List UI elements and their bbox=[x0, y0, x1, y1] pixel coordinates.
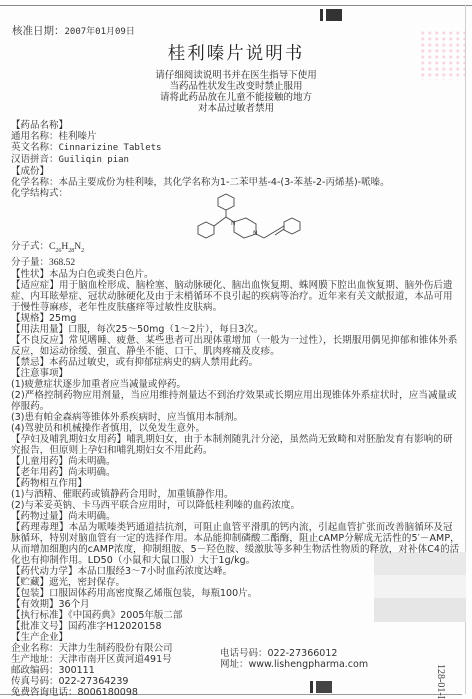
section-appearance: 【性状】本品为白色或类白色片。 bbox=[11, 269, 461, 280]
english-name-value: Cinnarizine Tablets bbox=[59, 143, 162, 153]
document-body: 【药品名称】 通用名称：桂利嗪片 英文名称：Cinnarizine Tablet… bbox=[11, 120, 461, 698]
section-storage: 【贮藏】遮光，密封保存。 bbox=[11, 577, 461, 588]
section-contraindications: 【禁忌】本药品过敏史，或有抑郁症病史的病人禁用此药。 bbox=[11, 357, 461, 368]
warning-block: 请仔细阅读说明书并在医生指导下使用 当药品性状发生改变时禁止服用 请将此药品放在… bbox=[0, 70, 472, 114]
precaution-item: (4)驾驶员和机械操作者慎用，以免发生意外。 bbox=[11, 423, 461, 434]
pinyin-name: 汉语拼音：Guiliqin pian bbox=[11, 154, 461, 166]
section-dosage: 【用法用量】口服，每次25～50mg（1～2片），每日3次。 bbox=[11, 324, 461, 335]
warning-line: 对本品过敏者禁用 bbox=[0, 103, 472, 114]
structure-spacer bbox=[11, 199, 461, 241]
molecular-weight: 分子量：368.52 bbox=[11, 257, 461, 269]
section-heading-manufacturer: 【生产企业】 bbox=[11, 632, 461, 643]
section-pharmacology: 【药理毒理】本品为哌嗪类钙通道拮抗剂，可阻止血管平滑肌的钙内流，引起血管扩张而改… bbox=[11, 522, 461, 566]
warning-line: 当药品性状发生改变时禁止服用 bbox=[0, 81, 472, 92]
section-heading-precautions: 【注意事项】 bbox=[11, 368, 461, 379]
section-overdose: 【药物过量】尚未明确。 bbox=[11, 511, 461, 522]
section-geriatric: 【老年用药】尚未明确。 bbox=[11, 467, 461, 478]
mw-label: 分子量： bbox=[11, 257, 49, 268]
section-heading-name: 【药品名称】 bbox=[11, 120, 461, 131]
approval-date-label: 核准日期： bbox=[12, 25, 65, 37]
chemical-name: 化学名称：本品主要成份为桂利嗪，其化学名称为1-二苯甲基-4-(3-苯基-2-丙… bbox=[11, 177, 461, 188]
generic-name-label: 通用名称： bbox=[11, 131, 59, 142]
document-title: 桂利嗪片说明书 bbox=[0, 40, 472, 65]
structure-label: 化学结构式： bbox=[11, 188, 461, 199]
pinyin-name-label: 汉语拼音： bbox=[11, 154, 59, 165]
section-adverse-reactions: 【不良反应】常见嗜睡、疲惫、某些患者可出现体重增加（一般为一过性），长期服用偶见… bbox=[11, 335, 461, 357]
generic-name-value: 桂利嗪片 bbox=[59, 131, 97, 142]
precaution-item: (1)疲惫症状逐步加重者应当减量或停药。 bbox=[11, 379, 461, 390]
section-pregnancy: 【孕妇及哺乳期妇女用药】哺乳期妇女，由于本制剂随乳汁分泌，虽然尚无致畸和对胚胎发… bbox=[11, 434, 461, 456]
mw-value: 368.52 bbox=[49, 258, 75, 268]
molecular-formula: 分子式：C26H28N2 bbox=[11, 241, 461, 257]
warning-line: 请仔细阅读说明书并在医生指导下使用 bbox=[0, 70, 472, 81]
company-fax: 传真号码：022-27364239 bbox=[11, 676, 461, 687]
company-hotline: 免费咨询电话：8006180098 bbox=[11, 687, 461, 698]
company-website[interactable]: 网址：www.lishengpharma.com bbox=[220, 659, 368, 670]
top-border bbox=[0, 5, 472, 6]
formula-value: C26H28N2 bbox=[49, 242, 84, 252]
precaution-item: (3)患有帕金森病等锥体外系疾病时，应当慎用本制剂。 bbox=[11, 412, 461, 423]
contact-block: 电话号码：022-27366012 网址：www.lishengpharma.c… bbox=[220, 648, 368, 670]
generic-name: 通用名称：桂利嗪片 bbox=[11, 131, 461, 142]
approval-date-value: 2007年01月09日 bbox=[65, 27, 135, 37]
section-pharmacokinetics: 【药代动力学】本品口服经3～7小时血药浓度达峰。 bbox=[11, 566, 461, 577]
section-package: 【包装】口服固体药用高密度聚乙烯瓶包装，每瓶100片。 bbox=[11, 588, 461, 599]
pinyin-name-value: Guiliqin pian bbox=[59, 155, 129, 165]
section-heading-interactions: 【药物相互作用】 bbox=[11, 478, 461, 489]
approval-date: 核准日期：2007年01月09日 bbox=[12, 23, 135, 38]
section-approval-number: 【批准文号】国药准字H12020158 bbox=[11, 621, 461, 632]
section-expiry: 【有效期】36个月 bbox=[11, 599, 461, 610]
section-heading-composition: 【成份】 bbox=[11, 166, 461, 177]
interaction-item: (2)与苯妥英钠、卡马西平联合应用时，可以降低桂利嗪的血药浓度。 bbox=[11, 500, 461, 511]
interaction-item: (1)与酒精、催眠药或镇静药合用时，加重镇静作用。 bbox=[11, 489, 461, 500]
section-pediatric: 【儿童用药】尚未明确。 bbox=[11, 456, 461, 467]
registration-mark-top bbox=[320, 9, 323, 21]
precaution-item: (2)严格控制药物应用剂量，当应用维持剂量达不到治疗效果或长期应用出现锥体外系症… bbox=[11, 390, 461, 412]
section-standard: 【执行标准】《中国药典》2005年版二部 bbox=[11, 610, 461, 621]
company-phone: 电话号码：022-27366012 bbox=[220, 648, 368, 659]
registration-block-top bbox=[326, 9, 342, 21]
section-indications: 【适应症】用于脑血栓形成、脑栓塞、脑动脉硬化、脑出血恢复期、蛛网膜下腔出血恢复期… bbox=[11, 280, 461, 313]
warning-line: 请将此药品放在儿童不能接触的地方 bbox=[0, 92, 472, 103]
section-spec: 【规格】25mg bbox=[11, 313, 461, 324]
english-name-label: 英文名称： bbox=[11, 142, 59, 153]
formula-label: 分子式： bbox=[11, 241, 49, 252]
english-name: 英文名称：Cinnarizine Tablets bbox=[11, 142, 461, 154]
